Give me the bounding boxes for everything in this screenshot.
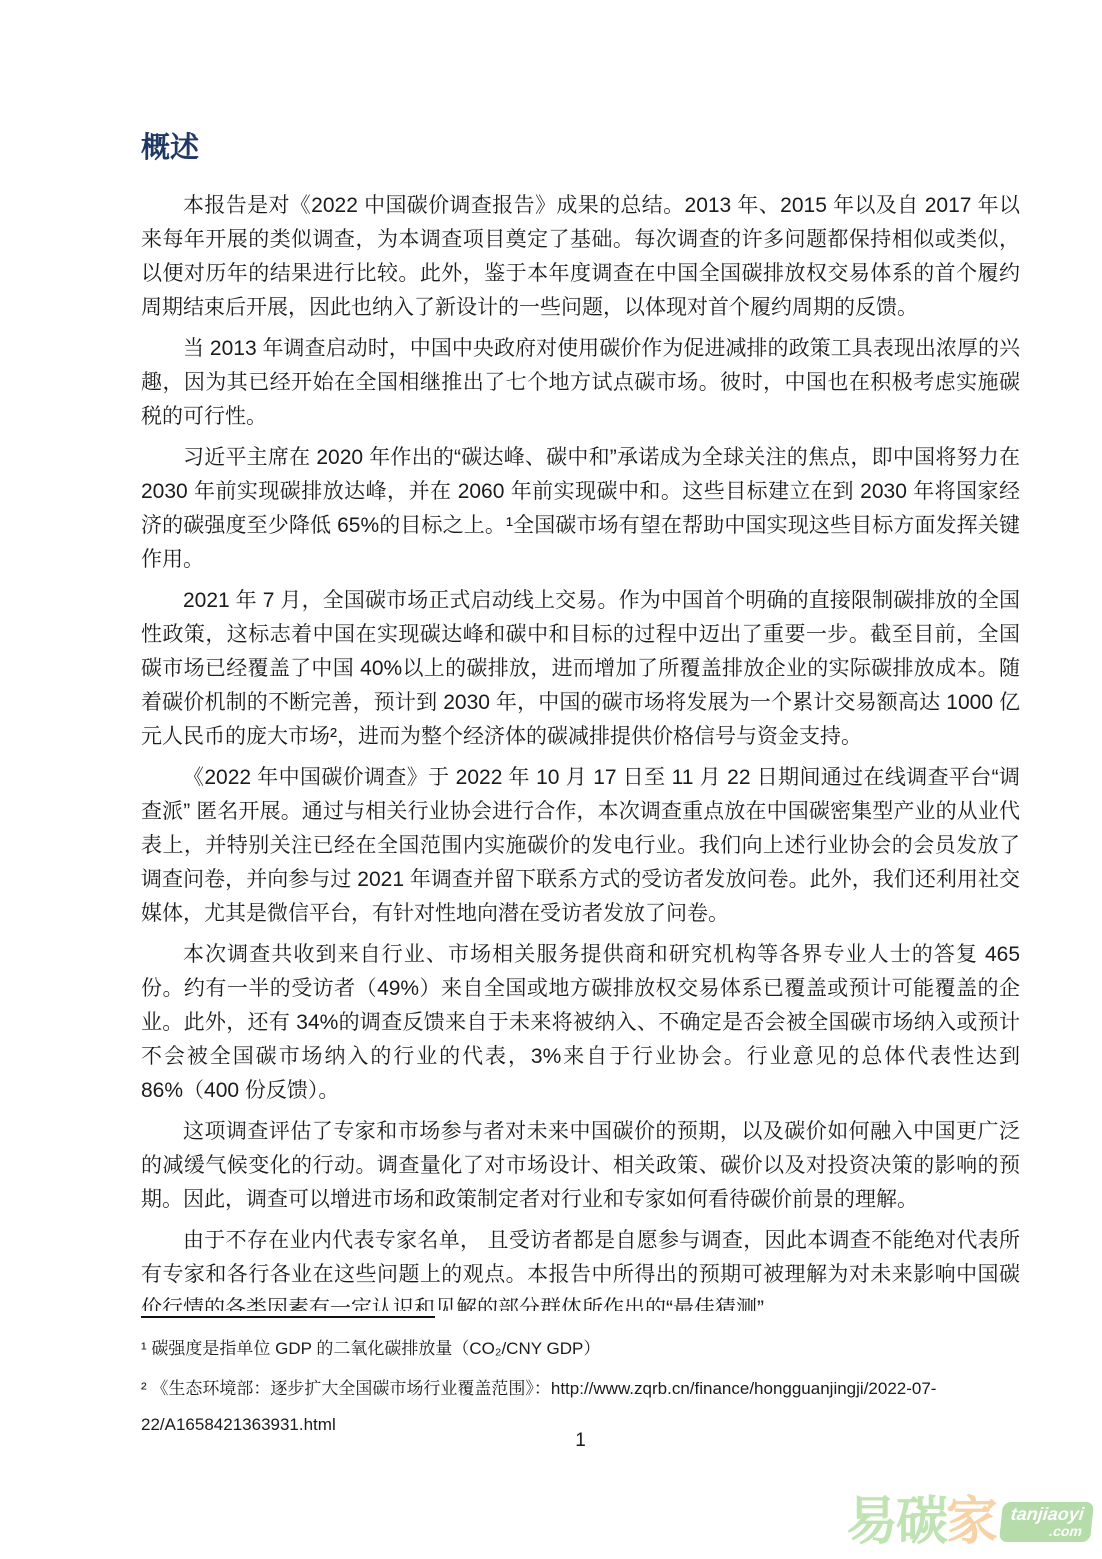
body-paragraph-8: 由于不存在业内代表专家名单， 且受访者都是自愿参与调查，因此本调查不能绝对代表所… — [141, 1224, 1020, 1311]
body-paragraph-7: 这项调查评估了专家和市场参与者对未来中国碳价的预期，以及碳价如何融入中国更广泛的… — [141, 1115, 1020, 1217]
page-content: 概述 本报告是对《2022 中国碳价调查报告》成果的总结。2013 年、2015… — [141, 131, 1020, 1311]
section-heading: 概述 — [141, 131, 1020, 165]
page-number: 1 — [141, 1430, 1020, 1452]
footnotes-section: ¹ 碳强度是指单位 GDP 的二氧化碳排放量（CO₂/CNY GDP） ² 《生… — [141, 1316, 1020, 1447]
watermark-text-orange: 家 — [946, 1494, 998, 1550]
body-paragraph-4: 2021 年 7 月，全国碳市场正式启动线上交易。作为中国首个明确的直接限制碳排… — [141, 584, 1020, 754]
footnote-1: ¹ 碳强度是指单位 GDP 的二氧化碳排放量（CO₂/CNY GDP） — [141, 1331, 1020, 1367]
body-paragraph-6: 本次调查共收到来自行业、市场相关服务提供商和研究机构等各界专业人士的答复 465… — [141, 938, 1020, 1108]
watermark-logo: 易碳 家 tanjiaoyi .com — [846, 1494, 1092, 1550]
footnote-separator — [141, 1316, 435, 1318]
body-paragraph-1: 本报告是对《2022 中国碳价调查报告》成果的总结。2013 年、2015 年以… — [141, 189, 1020, 325]
watermark-domain-tld: .com — [1008, 1524, 1083, 1538]
watermark-text-green: 易碳 — [846, 1494, 946, 1550]
body-paragraph-3: 习近平主席在 2020 年作出的“碳达峰、碳中和”承诺成为全球关注的焦点，即中国… — [141, 441, 1020, 577]
document-page: { "page": { "number": "1" }, "document":… — [0, 0, 1102, 1559]
watermark-domain-name: tanjiaoyi — [1010, 1505, 1085, 1524]
body-paragraph-5: 《2022 年中国碳价调查》于 2022 年 10 月 17 日至 11 月 2… — [141, 761, 1020, 931]
watermark-domain-badge: tanjiaoyi .com — [999, 1502, 1094, 1542]
body-paragraph-2: 当 2013 年调查启动时，中国中央政府对使用碳价作为促进减排的政策工具表现出浓… — [141, 332, 1020, 434]
